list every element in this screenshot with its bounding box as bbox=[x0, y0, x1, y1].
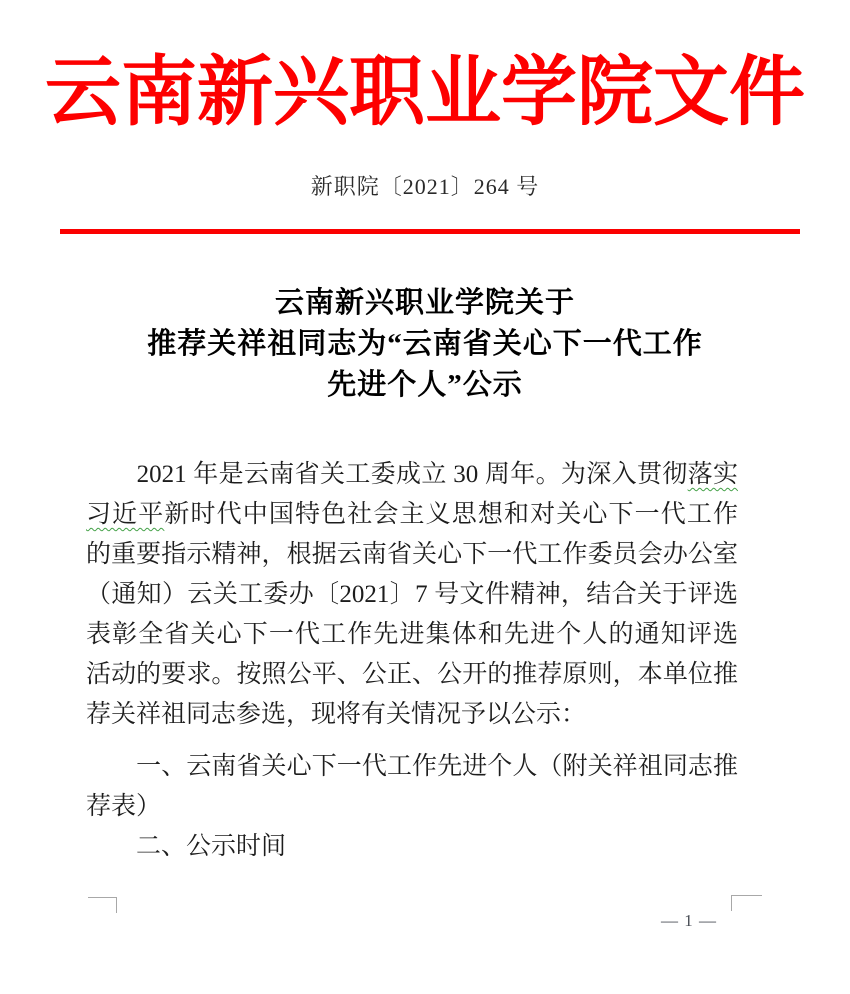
text-boundary-mark-bottom-right bbox=[731, 895, 762, 911]
body-line: 一、云南省关心下一代工作先进个人（附关祥祖同志推 bbox=[86, 747, 738, 787]
body-text-segment: 一、云南省关心下一代工作先进个人（附关祥祖同志推 bbox=[86, 753, 738, 780]
document-header-title: 云南新兴职业学院文件 bbox=[0, 48, 850, 138]
document-page: 云南新兴职业学院文件 新职院〔2021〕264 号 云南新兴职业学院关于推荐关祥… bbox=[0, 0, 850, 994]
body-text-segment: 2021 年是云南省关工委成立 30 周年。为深入贯彻 bbox=[86, 461, 688, 488]
body-line: 荐关祥祖同志参选，现将有关情况予以公示： bbox=[86, 695, 738, 735]
text-boundary-mark-bottom-left bbox=[88, 897, 117, 913]
body-text-segment: （通知）云关工委办〔2021〕7 号文件精神，结合关于评选 bbox=[86, 581, 738, 608]
body-text-segment: 二、公示时间 bbox=[86, 833, 286, 860]
body-text-segment: 活动的要求。按照公平、公正、公开的推荐原则，本单位推 bbox=[86, 661, 738, 688]
body-line: 的重要指示精神，根据云南省关心下一代工作委员会办公室 bbox=[86, 535, 738, 575]
body-text-segment: 的重要指示精神，根据云南省关心下一代工作委员会办公室 bbox=[86, 541, 738, 568]
doc-title-line: 先进个人”公示 bbox=[0, 365, 850, 406]
grammar-squiggle-text: 习近平 bbox=[86, 501, 164, 528]
body-line: 荐表） bbox=[86, 787, 738, 827]
body-text-segment: 新时代中国特色社会主义思想和对关心下一代工作 bbox=[164, 501, 738, 528]
body-text-segment: 荐表） bbox=[86, 793, 161, 820]
body-line: 活动的要求。按照公平、公正、公开的推荐原则，本单位推 bbox=[86, 655, 738, 695]
document-number: 新职院〔2021〕264 号 bbox=[0, 172, 850, 202]
doc-title-line: 推荐关祥祖同志为“云南省关心下一代工作 bbox=[0, 324, 850, 365]
body-line: 2021 年是云南省关工委成立 30 周年。为深入贯彻落实 bbox=[86, 455, 738, 495]
doc-title: 云南新兴职业学院关于推荐关祥祖同志为“云南省关心下一代工作先进个人”公示 bbox=[0, 283, 850, 406]
body-text-segment: 表彰全省关心下一代工作先进集体和先进个人的通知评选 bbox=[86, 621, 738, 648]
page-number: — 1 — bbox=[634, 910, 744, 932]
body-line: 习近平新时代中国特色社会主义思想和对关心下一代工作 bbox=[86, 495, 738, 535]
body-text-segment: 荐关祥祖同志参选，现将有关情况予以公示： bbox=[86, 701, 586, 728]
red-divider-line bbox=[60, 229, 800, 234]
body-line: 表彰全省关心下一代工作先进集体和先进个人的通知评选 bbox=[86, 615, 738, 655]
body-line: （通知）云关工委办〔2021〕7 号文件精神，结合关于评选 bbox=[86, 575, 738, 615]
body-line: 二、公示时间 bbox=[86, 827, 738, 867]
document-body: 2021 年是云南省关工委成立 30 周年。为深入贯彻落实习近平新时代中国特色社… bbox=[86, 455, 738, 867]
doc-title-line: 云南新兴职业学院关于 bbox=[0, 283, 850, 324]
grammar-squiggle-text: 落实 bbox=[688, 461, 738, 488]
